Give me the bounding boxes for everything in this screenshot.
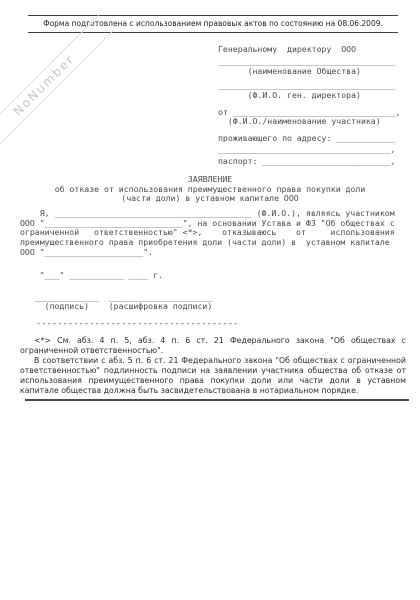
caption-participant: (Ф.И.О./наименование участника) xyxy=(218,117,420,126)
address-line: проживающего по адресу: ____________ xyxy=(218,134,420,143)
caption-company-name: (наименование Общества) xyxy=(218,67,420,76)
watermark: NoNumber xyxy=(0,15,114,155)
date-line: "___" ___________ ____ г. xyxy=(20,271,420,280)
caption-director-name: (Ф.И.О. ген. директора) xyxy=(218,91,420,100)
footnote-block: <*> См. абз. 4 п. 5, абз. 4 п. 6 ст. 21 … xyxy=(20,336,406,396)
preparation-note-banner: Форма подготовлена с использованием прав… xyxy=(28,15,398,33)
address-line-continued: ___________________________________, xyxy=(218,145,420,154)
footnote-paragraph-2: В соответствии с абз. 5 п. 6 ст. 21 Феде… xyxy=(20,356,406,396)
signature-captions: (подпись) (расшифровка подписи) xyxy=(20,302,420,312)
footnote-paragraph-1: <*> См. абз. 4 п. 5, абз. 4 п. 6 ст. 21 … xyxy=(20,336,406,356)
passport-line: паспорт: __________________________, xyxy=(218,157,420,166)
addressee-block: Генеральному директору ООО _____________… xyxy=(218,45,420,166)
footnote-separator: -------------------------------------- xyxy=(20,319,420,328)
document-page: NoNumber Форма подготовлена с использова… xyxy=(0,0,420,600)
body-line: ООО "____________________". xyxy=(20,248,420,258)
addressee-line: Генеральному директору ООО xyxy=(218,45,420,54)
statement-body: Я, _____________________________________… xyxy=(20,209,420,258)
signature-block: _____________ _____________________ (под… xyxy=(20,293,420,312)
title-line3: (части доли) в уставном капитале ООО xyxy=(20,194,400,204)
bottom-rule xyxy=(25,399,409,401)
preparation-note-text: Форма подготовлена с использованием прав… xyxy=(43,19,383,28)
document-title: ЗАЯВЛЕНИЕ об отказе от использования пре… xyxy=(20,175,400,204)
